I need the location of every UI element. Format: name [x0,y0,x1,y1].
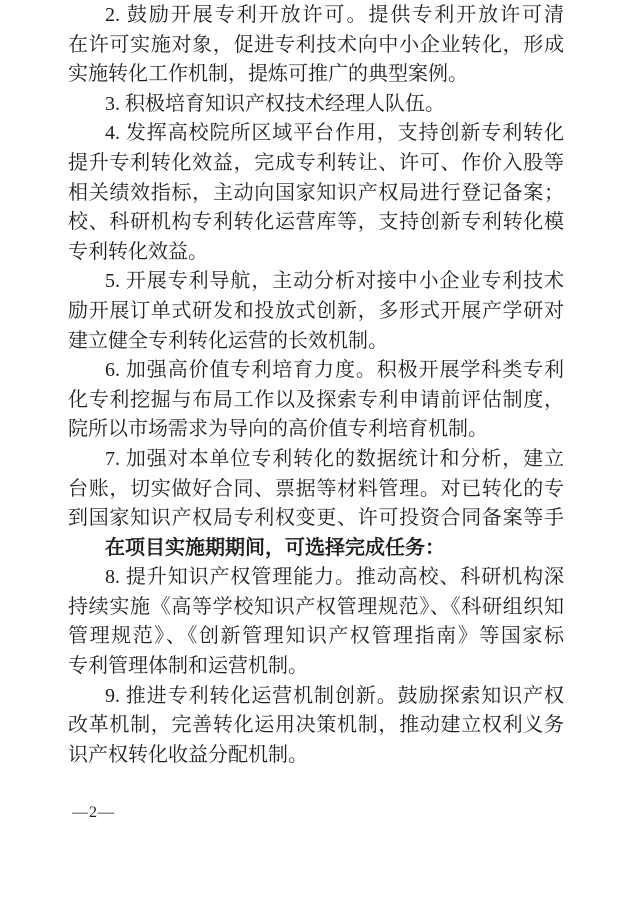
text-line: 化专利挖掘与布局工作以及探索专利申请前评估制度，引导高校 [68,386,564,416]
text-line: 专利转化效益。 [68,238,564,268]
text-line: 提升专利转化效益，完成专利转让、许可、作价入股等 [68,149,564,179]
text-line: 2. 鼓励开展专利开放许可。提供专利开放许可清单；积极挖掘潜 [68,1,564,31]
text-line: 7. 加强对本单位专利转化的数据统计和分析，建立专利转化 [68,445,564,475]
text-line: 4. 发挥高校院所区域平台作用，支持创新专利转化模式， [68,119,564,149]
text-line: 建立健全专利转化运营的长效机制。 [68,327,564,357]
text-line: 持续实施《高等学校知识产权管理规范》、《科研组织知识产权 [68,593,564,623]
text-line: 改革机制，完善转化运用决策机制，推动建立权利义务对等的知 [68,711,564,741]
document-page: 2. 鼓励开展专利开放许可。提供专利开放许可清单；积极挖掘潜 在许可实施对象，促… [0,0,636,900]
text-line: 识产权转化收益分配机制。 [68,741,564,771]
text-line: 院所以市场需求为导向的高价值专利培育机制。 [68,415,564,445]
text-line: 5. 开展专利导航，主动分析对接中小企业专利技术需求，鼓 [68,267,564,297]
text-line: 相关绩效指标，主动向国家知识产权局进行登记备案；形成高 [68,179,564,209]
text-line: 9. 推进专利转化运营机制创新。鼓励探索知识产权权益分配 [68,682,564,712]
page-number: —2— [72,802,115,824]
text-line: 3. 积极培育知识产权技术经理人队伍。 [68,90,564,120]
text-line: 管理规范》、《创新管理知识产权管理指南》等国家标准，完善 [68,622,564,652]
text-line: 8. 提升知识产权管理能力。推动高校、科研机构深入贯彻并 [68,563,564,593]
text-line: 台账，切实做好合同、票据等材料管理。对已转化的专利应及时 [68,475,564,505]
text-line: 励开展订单式研发和投放式创新，多形式开展产学研对接活动， [68,297,564,327]
text-line: 专利管理体制和运营机制。 [68,652,564,682]
document-body: 2. 鼓励开展专利开放许可。提供专利开放许可清单；积极挖掘潜 在许可实施对象，促… [68,1,564,770]
text-line: 到国家知识产权局专利权变更、许可投资合同备案等手续。 [68,504,564,534]
section-heading: 在项目实施期期间，可选择完成任务： [68,534,564,564]
text-line: 6. 加强高价值专利培育力度。积极开展学科类专利导航、强 [68,356,564,386]
text-line: 实施转化工作机制，提炼可推广的典型案例。 [68,60,564,90]
text-line: 在许可实施对象，促进专利技术向中小企业转化，形成有效的专利 [68,31,564,61]
text-line: 校、科研机构专利转化运营库等，支持创新专利转化模式，提升 [68,208,564,238]
